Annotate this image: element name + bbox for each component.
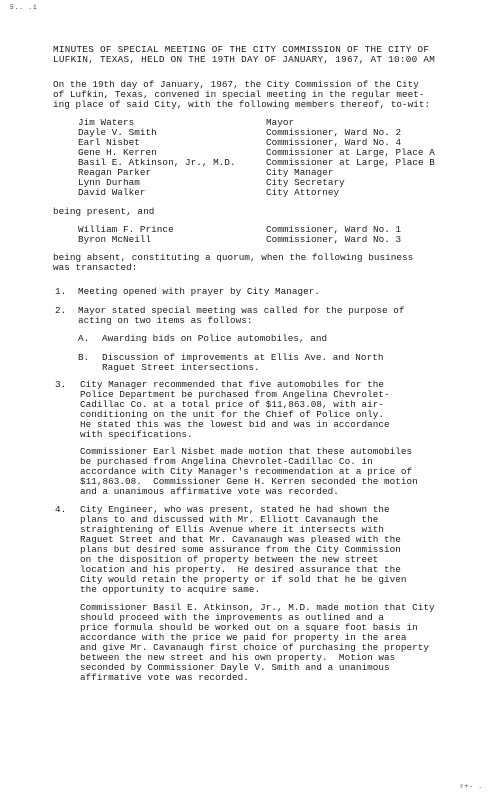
title-line-2: LUFKIN, TEXAS, HELD ON THE 19TH DAY OF J… [53,55,435,65]
document-page: 5.. .1 MINUTES OF SPECIAL MEETING OF THE… [0,0,493,800]
item-4-motion: affirmative vote was recorded. [80,673,249,683]
page-mark-bottom-right: r+- . [460,783,483,790]
item-4-number: 4. [55,505,66,515]
item-2-number: 2. [55,306,66,316]
member-role: City Attorney [266,188,339,198]
item-3-text: with specifications. [80,430,193,440]
absent-member-role: Commissioner, Ward No. 3 [266,235,401,245]
item-3-number: 3. [55,380,66,390]
page-mark-top-left: 5.. .1 [10,4,38,11]
item-1-number: 1. [55,287,66,297]
absent-member-name: Byron McNeill [78,235,151,245]
item-3-motion: and a unanimous affirmative vote was rec… [80,487,339,497]
item-2a-letter: A. [78,334,89,344]
item-1-text: Meeting opened with prayer by City Manag… [78,287,320,297]
intro-line-3: ing place of said City, with the followi… [53,100,430,110]
item-4-text: the opportunity to acquire same. [80,585,260,595]
quorum-line-2: was transacted: [53,263,137,273]
item-2-text: acting on two items as follows: [78,316,253,326]
item-2b-text: Raguet Street intersections. [102,363,260,373]
item-2b-letter: B. [78,353,89,363]
being-present-text: being present, and [53,207,154,217]
member-name: David Walker [78,188,146,198]
item-2a-text: Awarding bids on Police automobiles, and [102,334,327,344]
